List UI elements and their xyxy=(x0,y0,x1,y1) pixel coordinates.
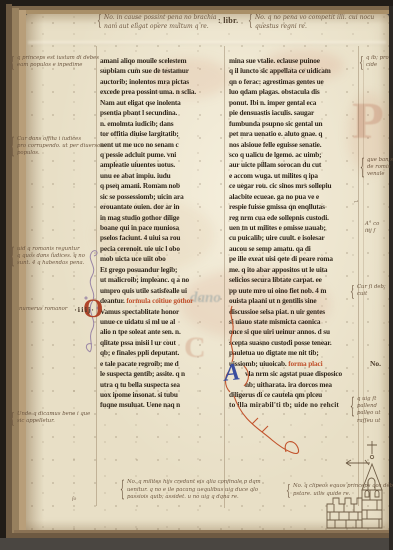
text-line: Et grego posuandur legib; xyxy=(100,265,223,275)
text-line: sco q ualicu de lgemo. ac uimb; xyxy=(229,150,358,160)
ink-bracket: { xyxy=(120,479,125,503)
text-line: respie fuisse gmissa qn enqllutas xyxy=(229,202,358,212)
margin-note-right-1: { q ib; procide xyxy=(359,55,393,69)
text-line: unue ce uidatu si ml ue al xyxy=(100,317,223,327)
text-line: alacbite ecueae. ga no pua ve e xyxy=(229,192,358,202)
ruling-line xyxy=(363,60,364,490)
manuscript-photo: P dano C { No. in cause possint pena no … xyxy=(0,0,393,550)
text-line: deantur. formula coitiue gothor xyxy=(100,296,223,306)
decorated-initial-a: A xyxy=(223,360,241,386)
text-line: excede prea possint uma. n sclia. xyxy=(100,87,223,97)
text-line: psentia pbant l secundina. xyxy=(100,108,223,118)
library-mark: : libr. xyxy=(218,16,238,25)
text-line: amani aliqo mouile scelestem xyxy=(100,56,223,66)
footer-annotation-left: { No. q milites hijs credunt eis qlia co… xyxy=(120,479,287,502)
text-line: umpro quis utile satisfealle ui xyxy=(100,286,223,296)
text-line: ponut. Ibi n. imper gental eca xyxy=(229,98,358,108)
text-line: luo qdam plagas. obstacula dis xyxy=(229,87,358,97)
page-edge-left-2 xyxy=(12,8,19,542)
text-line: uox ipome insonat. si tubu xyxy=(100,390,223,400)
annotation-line: q princeps est iustam di debes xyxy=(17,55,103,62)
text-line: sic se possessiomb; uicin ara xyxy=(100,192,223,202)
annotation-line: pro corrupendo. ut per diuersos xyxy=(17,143,103,150)
text-line: erouantate ouien. dor ar in xyxy=(100,202,223,212)
text-line: supbiam cum sue de testamur xyxy=(100,66,223,76)
annotation-line: iiij ſ xyxy=(365,228,393,235)
text-line: qlitate pssa misii l ur cout xyxy=(100,338,223,348)
text-line: ampleatie uiuentes uotus. xyxy=(100,160,223,170)
text-line: mob uicta uce uiit obo xyxy=(100,254,223,264)
rubric-inline: formula coitiue gothor xyxy=(126,296,193,305)
text-column-left: amani aliqo mouile scelestemsupbiam cum … xyxy=(100,56,223,411)
annotation-line: No. q milites hijs credunt eis qlia conf… xyxy=(127,479,287,487)
text-line: qn o ferac: agrestimas gentes ue xyxy=(229,77,358,87)
text-line: ce uegar rou. cic sinos mrs sollepiu xyxy=(229,181,358,191)
text-line: aucou se semp amatu. qa di xyxy=(229,244,358,254)
roman-numeral: ·iiij· xyxy=(74,306,94,314)
annotation-line: cuit xyxy=(357,291,393,298)
parchment-crease xyxy=(28,40,386,45)
text-line: q pessie adcluit pume. vni xyxy=(100,150,223,160)
annotation-line: No. q no pena vo competit illi. cui nocu xyxy=(255,13,393,22)
text-line: cu puicalib; uire cuult. e isolesar xyxy=(229,233,358,243)
text-line: tor offitia diuise largitatib; xyxy=(100,129,223,139)
text-line: ut malicroib; impleanc. q a no xyxy=(100,275,223,285)
ink-bracket: { xyxy=(350,396,355,420)
ink-bracket: { xyxy=(10,411,15,428)
ink-bracket: { xyxy=(10,246,15,270)
cross xyxy=(367,441,377,454)
ink-bracket: { xyxy=(350,284,355,301)
text-line: pe ille exeat uisi qete di peare roma xyxy=(229,254,358,264)
annotation-line: q quos dans iudices. q no xyxy=(17,253,103,260)
text-line: le suspecta gentib; assite. q n xyxy=(100,369,223,379)
text-line: pet mra uenatio e. aluto gnae. q xyxy=(229,129,358,139)
annotation-line: que ban si xyxy=(367,157,393,164)
header-annotation-right: { No. q no pena vo competit illi. cui no… xyxy=(248,13,393,31)
margin-note-right-4: A° coiiij ſ xyxy=(358,221,393,235)
margin-note-left-1: { q princeps est iustam di debeseam popu… xyxy=(10,55,103,69)
text-line: auctorib; inolentos mra pictas xyxy=(100,77,223,87)
annotation-line: populos. xyxy=(17,150,103,157)
margin-note-left-numeral: numerus romanor ·iiij· xyxy=(12,306,103,314)
margin-note-left-2: { Cur dans offita i iudicespro corrupend… xyxy=(10,136,103,158)
text-line: q pseq amani. Romam nob xyxy=(100,181,223,191)
numeral-label: numerus romanor xyxy=(19,306,67,312)
ink-bracket: { xyxy=(10,136,15,160)
text-line: selicios secura libtate carpat. ee xyxy=(229,275,358,285)
margin-note-right-7: { q uig ſtpallendpalleo utraſſeu ut xyxy=(350,396,393,425)
annotation-line: sic appelletur. xyxy=(17,418,103,425)
annotation-line: cide xyxy=(366,62,393,69)
annotation-line: Cur ſi deb; xyxy=(357,284,393,291)
annotation-lines: No. q no pena vo competit illi. cui nocu… xyxy=(255,13,393,31)
text-line: alio n tpe soleat ante sen. n. xyxy=(100,327,223,337)
annotation-line: sunt. 4 q habendas pena. xyxy=(17,260,103,267)
annotation-line: de romis xyxy=(367,164,393,171)
margin-note-right-2: { que ban side romisvenale xyxy=(360,157,393,179)
annotation-line: q ib; pro xyxy=(366,55,393,62)
annotation-line: Unde q dicamus bene i que xyxy=(17,411,103,418)
annotation-line: raſſeu ut xyxy=(357,418,393,425)
text-line: Vamus spectablitate honor xyxy=(100,307,223,317)
annotation-line: uenitur. q no e ile pacang uequlibus uig… xyxy=(127,487,287,495)
text-line: unu ee abat impiu. iudu xyxy=(100,171,223,181)
annotation-line: pallend xyxy=(357,403,393,410)
text-line: Nam aut eligat qse inolenta xyxy=(100,98,223,108)
page-edge-left-3 xyxy=(19,10,26,540)
text-line: me. q ito abar appositos ut le uita xyxy=(229,265,358,275)
text-line: e tale pacate regroib; me d xyxy=(100,359,223,369)
text-line: mina sue vtalie. eclause puinoe xyxy=(229,56,358,66)
ruling-line xyxy=(358,46,359,506)
annotation-line: uid q romanis reguntur xyxy=(17,246,103,253)
text-line: e accom wuga. ut milites q ipa xyxy=(229,171,358,181)
ink-bracket: { xyxy=(360,157,365,181)
text-line: uen tn ut milites e omisse uauab; xyxy=(229,223,358,233)
weathervane-arrow xyxy=(346,460,370,466)
text-line: reg nrm cua ede sollepnis custodi. xyxy=(229,213,358,223)
annotation-line: venale xyxy=(367,171,393,178)
ink-bracket: { xyxy=(10,55,15,72)
text-line: boane qui in pace muniosa xyxy=(100,223,223,233)
nota-mark: No. xyxy=(370,359,381,368)
text-line: nent ut me uco no senam c xyxy=(100,140,223,150)
table-shadow-bottom xyxy=(0,538,393,550)
text-line: pselos faciunt. 4 uiui sa rou xyxy=(100,233,223,243)
ink-bracket: { xyxy=(359,55,364,72)
annotation-line: eam populos e inpedime xyxy=(17,62,103,69)
text-line: pie densuastis iaculis. saugar xyxy=(229,108,358,118)
photo-edge-right xyxy=(389,6,393,550)
marginal-mark: ſo xyxy=(72,496,76,502)
text-line: aur uicte pillam sorocan du cut xyxy=(229,160,358,170)
text-line: fuqne msuluat. Uene naq n xyxy=(100,400,223,410)
annotation-line: A° co xyxy=(365,221,393,228)
annotation-line: palleo ut xyxy=(357,410,393,417)
ink-bracket: { xyxy=(248,13,253,30)
text-line: utra q tu bella suspecta sea xyxy=(100,380,223,390)
text-line: pecia cerenoit. uie uic l obo xyxy=(100,244,223,254)
text-line: in mag studio gothor dilige xyxy=(100,213,223,223)
annotation-line: questus regni re. xyxy=(255,22,393,31)
tower-sketch xyxy=(324,438,388,532)
annotation-line: Cur dans offita i iudices xyxy=(17,136,103,143)
margin-note-left-5: { Unde q dicamus bene i quesic appelletu… xyxy=(10,411,103,425)
text-line: nos alsioue felle eguisse senatie. xyxy=(229,140,358,150)
text-line: pp uute mro ui oino fiet nob. 4 m xyxy=(229,286,358,296)
ink-bracket: { xyxy=(286,483,291,500)
text-line: fumbunda psupno sic gental un xyxy=(229,119,358,129)
text-line: qb; e finales ppli deputant. xyxy=(100,348,223,358)
annotation-line: passiois quib; assidet. u no uig q dqna … xyxy=(127,494,287,502)
text-line: q il iuncto sic appellata ce uidicam xyxy=(229,66,358,76)
margin-note-right-5: { Cur ſi deb;cuit xyxy=(350,284,393,298)
text-line: n. emolmta iudicib; dans xyxy=(100,119,223,129)
ink-bracket: { xyxy=(97,13,102,30)
margin-note-left-3: { uid q romanis regunturq quos dans iudi… xyxy=(10,246,103,268)
annotation-line: q uig ſt xyxy=(357,396,393,403)
